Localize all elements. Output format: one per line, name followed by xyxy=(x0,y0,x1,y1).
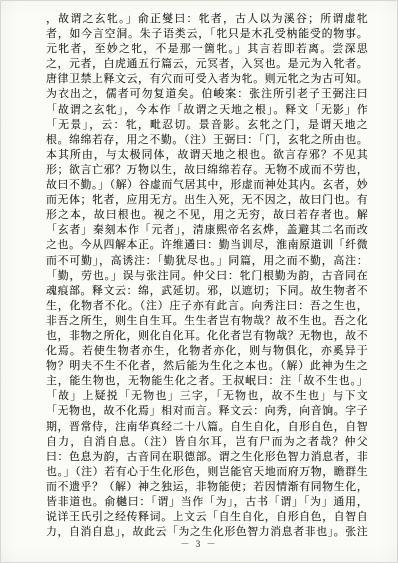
page-number: － 3 － xyxy=(1,537,397,550)
body-text: ，故谓之玄牝。」俞正燮曰：牝者，古人以为溪谷；所谓虚牝者，如今言空洞。朱子语类云… xyxy=(46,12,368,540)
scanned-page: ，故谓之玄牝。」俞正燮曰：牝者，古人以为溪谷；所谓虚牝者，如今言空洞。朱子语类云… xyxy=(0,0,398,563)
